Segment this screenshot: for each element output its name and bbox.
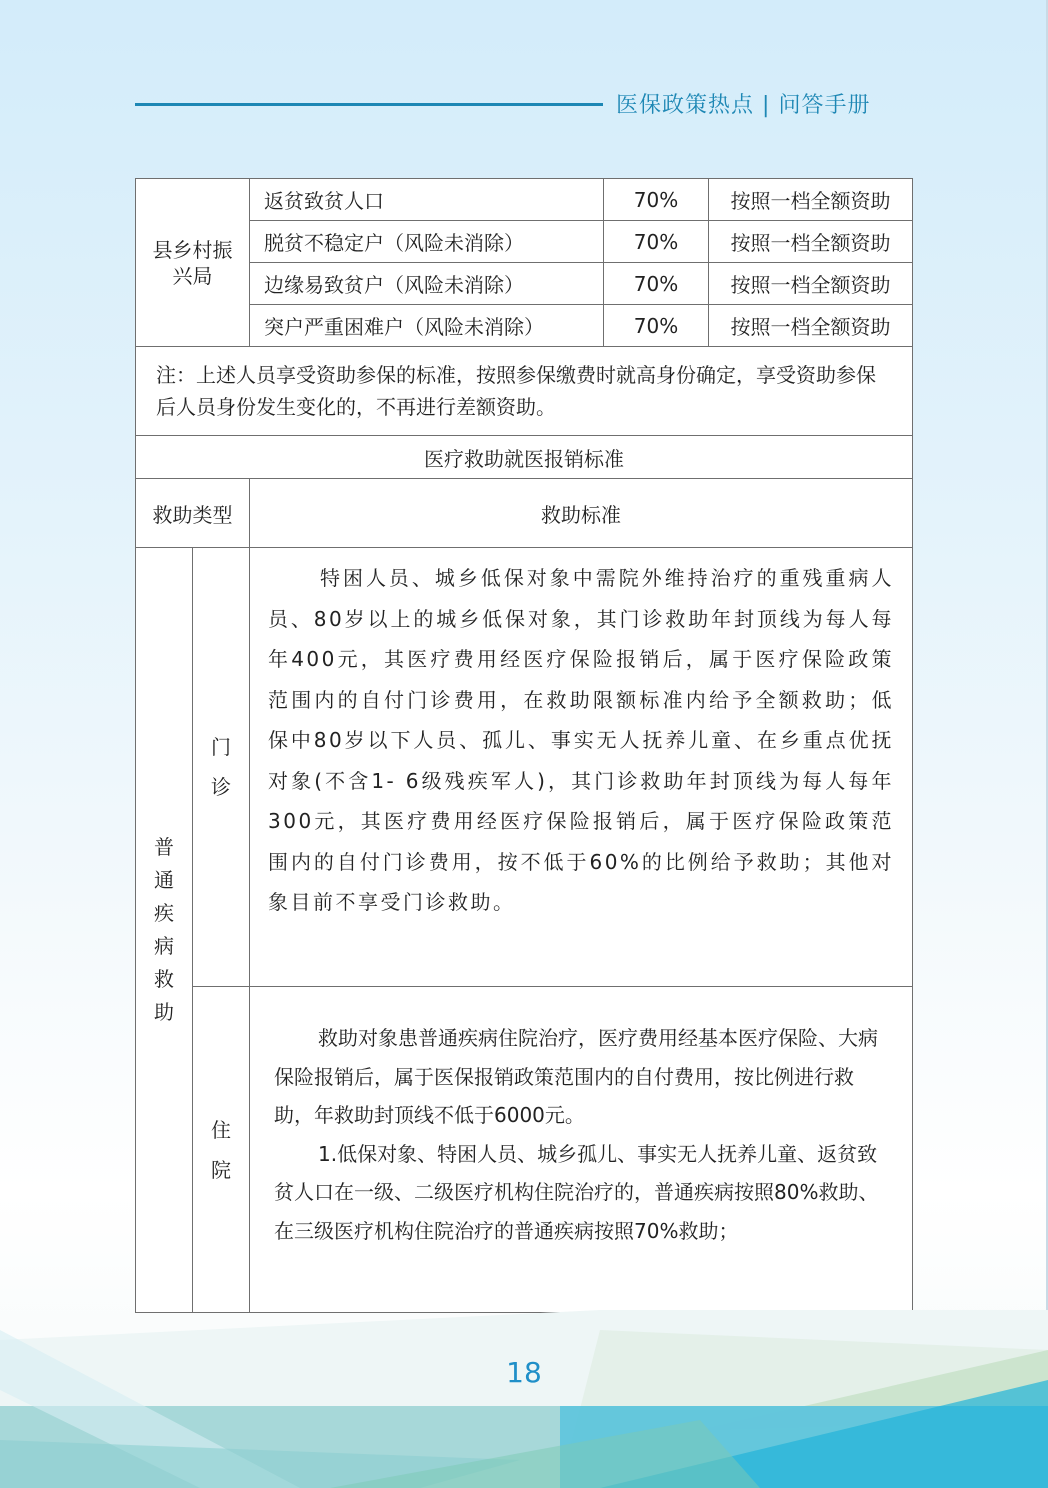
header-type: 救助类型 <box>136 479 250 548</box>
table-row: 县乡村振兴局 返贫致贫人口 70% 按照一档全额资助 <box>136 179 913 221</box>
running-header: 医保政策热点|问答手册 <box>616 88 870 119</box>
rate-cell: 70% <box>604 305 709 347</box>
category-cell: 边缘易致贫户（风险未消除） <box>250 263 604 305</box>
header-standard: 救助标准 <box>250 479 913 548</box>
inpatient-paragraph: 救助对象患普通疾病住院治疗，医疗费用经基本医疗保险、大病保险报销后，属于医保报销… <box>274 1019 888 1135</box>
header-title-right: 问答手册 <box>778 93 870 118</box>
group-label-char: 病 <box>136 930 192 963</box>
assistance-cell: 按照一档全额资助 <box>709 305 913 347</box>
assistance-cell: 按照一档全额资助 <box>709 263 913 305</box>
outpatient-standard: 特困人员、城乡低保对象中需院外维持治疗的重残重病人员、80岁以上的城乡低保对象，… <box>250 548 913 987</box>
subtype-label-inpatient: 住 院 <box>193 987 250 1313</box>
group-label-char: 助 <box>136 996 192 1029</box>
group-label-char: 疾 <box>136 897 192 930</box>
header-row: 救助类型 救助标准 <box>136 479 913 548</box>
decorative-wave-background <box>0 1310 1048 1488</box>
group-label-common-disease: 普 通 疾 病 救 助 <box>136 548 193 1313</box>
table-row: 脱贫不稳定户（风险未消除） 70% 按照一档全额资助 <box>136 221 913 263</box>
table-row: 边缘易致贫户（风险未消除） 70% 按照一档全额资助 <box>136 263 913 305</box>
category-cell: 突户严重困难户（风险未消除） <box>250 305 604 347</box>
outpatient-row: 普 通 疾 病 救 助 门 诊 特困人员、城乡低保对象中需院外维持治疗的重残重病… <box>136 548 913 987</box>
header-title-left: 医保政策热点 <box>616 93 754 118</box>
group-label-char: 通 <box>136 864 192 897</box>
page-number: 18 <box>0 1356 1048 1389</box>
outpatient-paragraph: 特困人员、城乡低保对象中需院外维持治疗的重残重病人员、80岁以上的城乡低保对象，… <box>268 558 894 923</box>
header-rule <box>135 103 603 106</box>
category-cell: 脱贫不稳定户（风险未消除） <box>250 221 604 263</box>
subtype-label-char: 住 <box>193 1110 249 1150</box>
group-label-char: 救 <box>136 963 192 996</box>
policy-table: 县乡村振兴局 返贫致贫人口 70% 按照一档全额资助 脱贫不稳定户（风险未消除）… <box>135 178 913 1313</box>
section-title: 医疗救助就医报销标准 <box>136 436 913 479</box>
subtype-label-char: 院 <box>193 1150 249 1190</box>
subtype-label-char: 诊 <box>193 767 249 807</box>
note-text: 注：上述人员享受资助参保的标准，按照参保缴费时就高身份确定，享受资助参保后人员身… <box>136 347 913 436</box>
category-cell: 返贫致贫人口 <box>250 179 604 221</box>
rate-cell: 70% <box>604 263 709 305</box>
assistance-cell: 按照一档全额资助 <box>709 179 913 221</box>
rate-cell: 70% <box>604 221 709 263</box>
inpatient-paragraph: 1.低保对象、特困人员、城乡孤儿、事实无人抚养儿童、返贫致贫人口在一级、二级医疗… <box>274 1135 888 1251</box>
note-row: 注：上述人员享受资助参保的标准，按照参保缴费时就高身份确定，享受资助参保后人员身… <box>136 347 913 436</box>
subtype-label-char: 门 <box>193 727 249 767</box>
header-separator: | <box>762 93 770 118</box>
table-row: 突户严重困难户（风险未消除） 70% 按照一档全额资助 <box>136 305 913 347</box>
inpatient-standard: 救助对象患普通疾病住院治疗，医疗费用经基本医疗保险、大病保险报销后，属于医保报销… <box>250 987 913 1313</box>
subtype-label-outpatient: 门 诊 <box>193 548 250 987</box>
group-label-char: 普 <box>136 831 192 864</box>
assistance-cell: 按照一档全额资助 <box>709 221 913 263</box>
inpatient-row: 住 院 救助对象患普通疾病住院治疗，医疗费用经基本医疗保险、大病保险报销后，属于… <box>136 987 913 1313</box>
rate-cell: 70% <box>604 179 709 221</box>
section-title-row: 医疗救助就医报销标准 <box>136 436 913 479</box>
department-cell: 县乡村振兴局 <box>136 179 250 347</box>
